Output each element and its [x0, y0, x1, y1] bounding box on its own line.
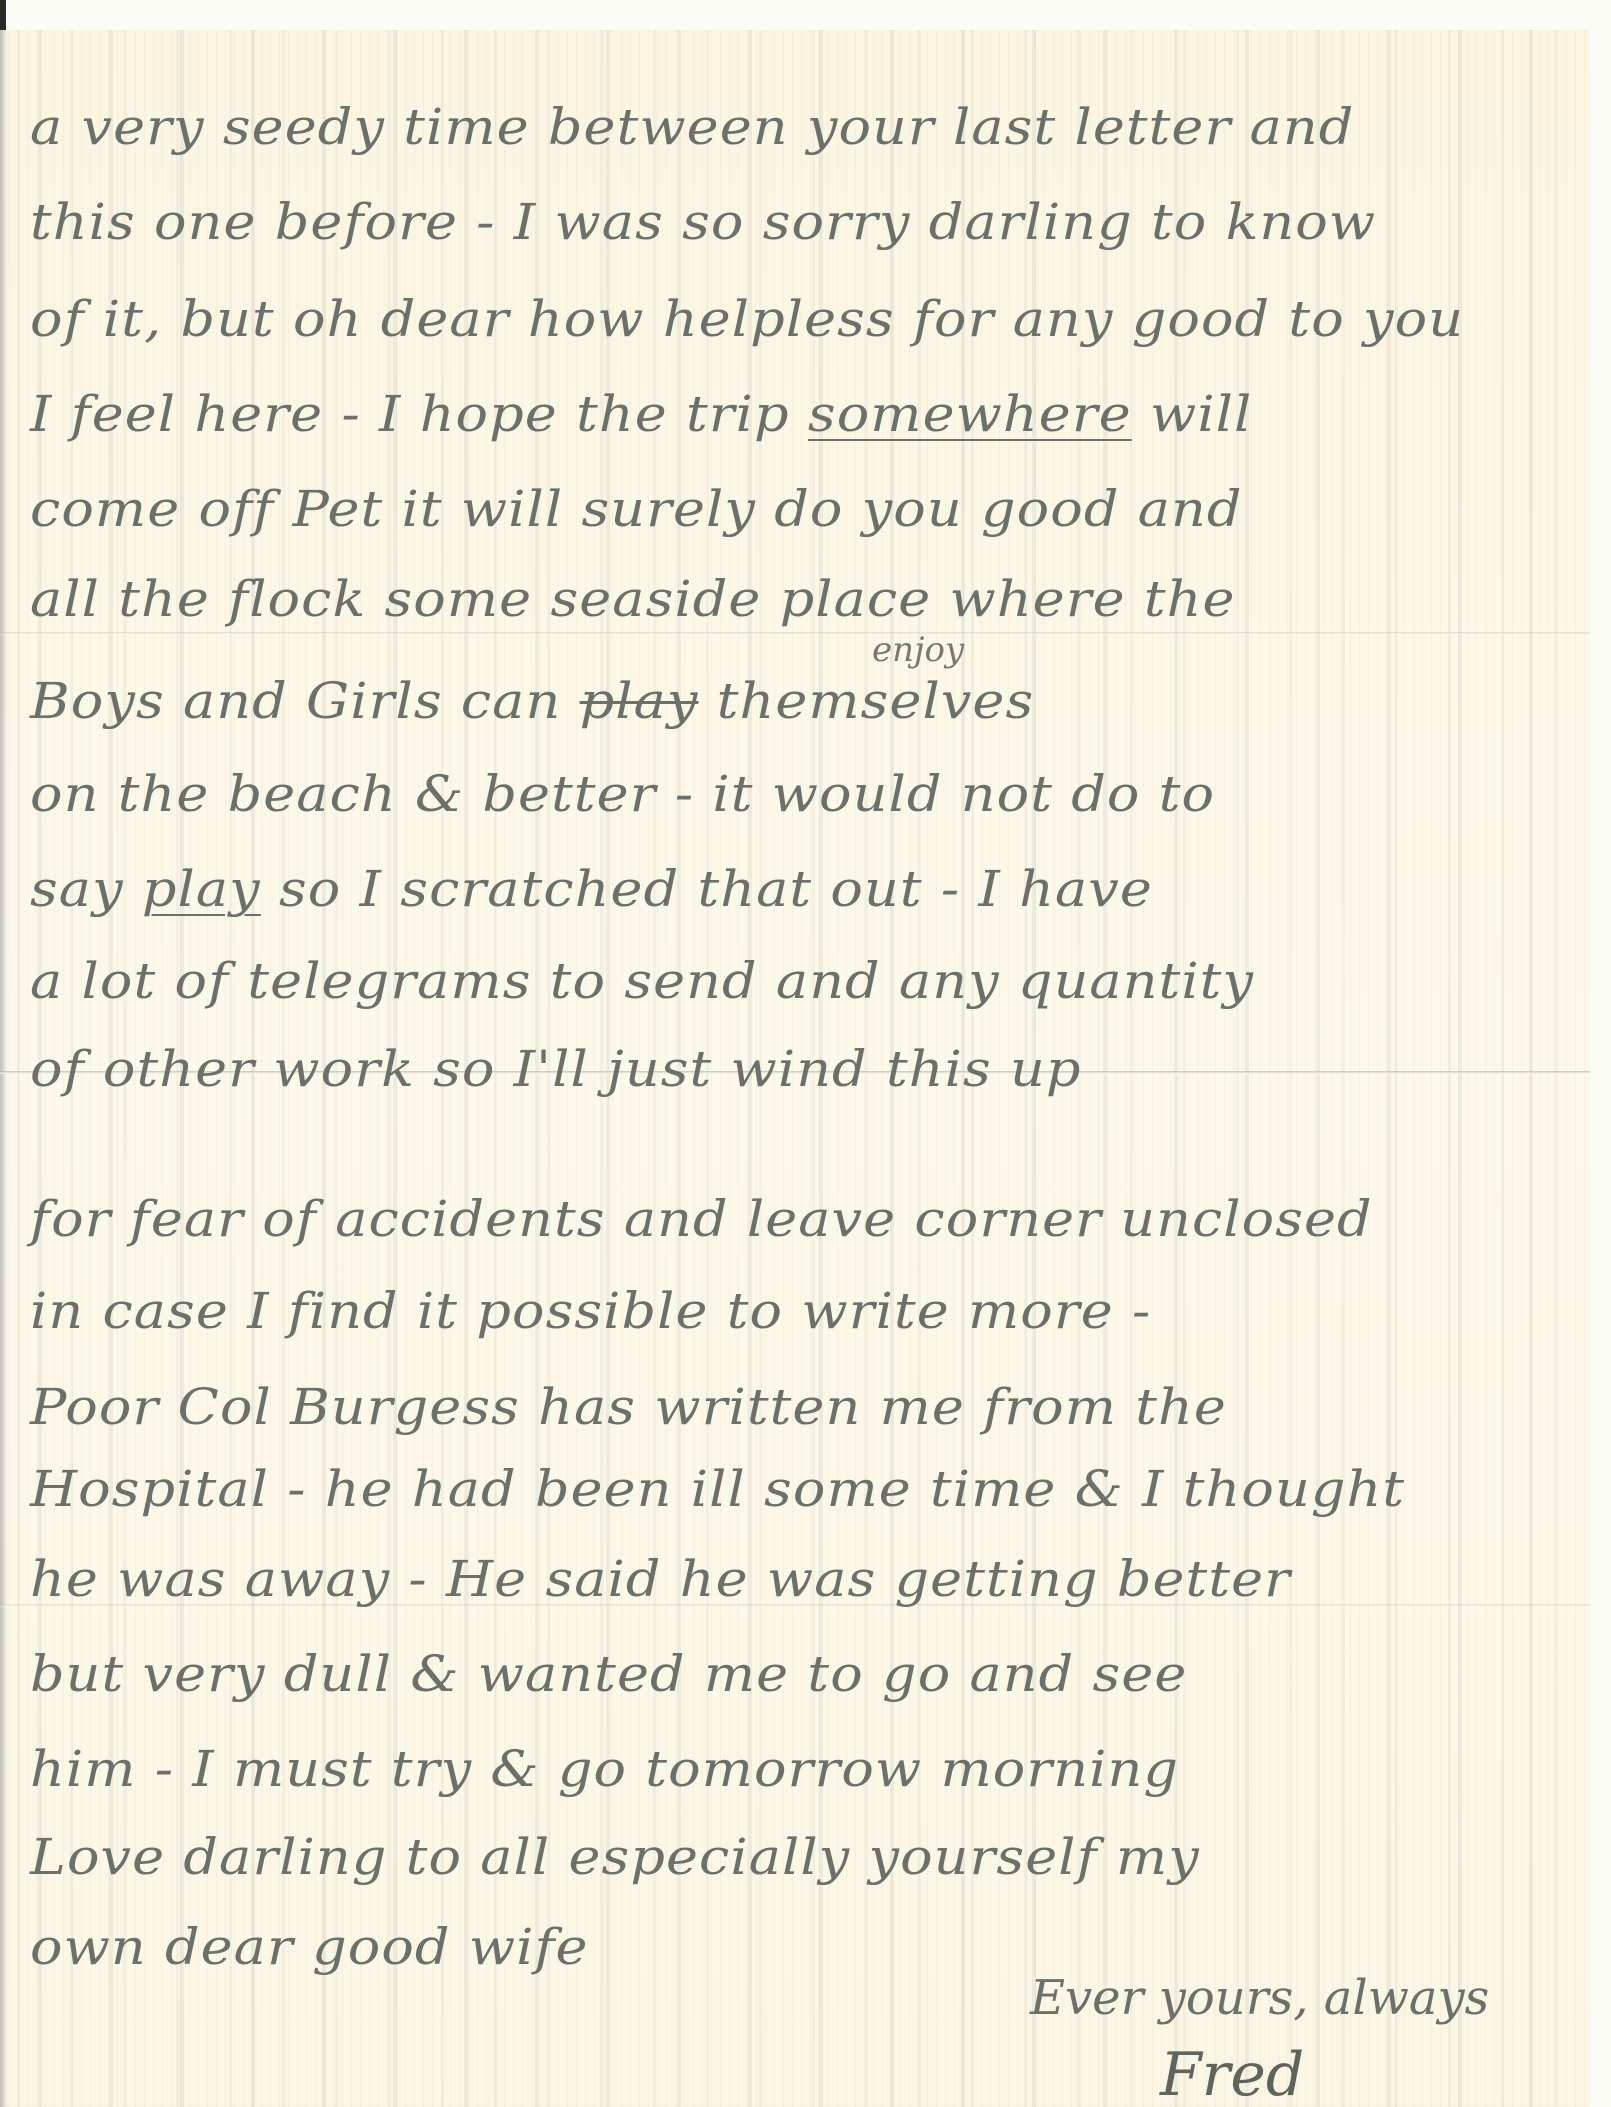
letter-line-16: he was away - He said he was getting bet…	[30, 1550, 1291, 1608]
line-4-end: will	[1132, 385, 1253, 443]
line-7-end: themselves	[717, 672, 1035, 730]
letter-line-2: this one before - I was so sorry darling…	[30, 193, 1376, 251]
letter-line-3: of it, but oh dear how helpless for any …	[30, 290, 1464, 348]
letter-line-17: but very dull & wanted me to go and see	[30, 1645, 1187, 1703]
letter-line-1: a very seedy time between your last lett…	[30, 98, 1354, 156]
letter-page: a very seedy time between your last lett…	[0, 30, 1590, 2107]
scan-edge-strip	[0, 0, 6, 30]
letter-line-5: come off Pet it will surely do you good …	[30, 480, 1243, 538]
letter-line-11: of other work so I'll just wind this up	[30, 1040, 1081, 1098]
letter-closing: Ever yours, always	[1030, 1970, 1489, 2026]
letter-line-4: I feel here - I hope the trip somewhere …	[30, 385, 1252, 443]
line-4-text: I feel here - I hope the trip	[30, 385, 808, 443]
line-9-end: so I scratched that out - I have	[261, 860, 1153, 918]
letter-line-19: Love darling to all especially yourself …	[30, 1828, 1200, 1886]
letter-line-18: him - I must try & go tomorrow morning	[30, 1740, 1179, 1798]
line-7-text: Boys and Girls can	[30, 672, 561, 730]
letter-line-12: for fear of accidents and leave corner u…	[30, 1190, 1373, 1248]
underlined-word-play: play	[142, 860, 261, 918]
underlined-word-somewhere: somewhere	[808, 385, 1132, 443]
letter-line-6: all the flock some seaside place where t…	[30, 570, 1236, 628]
letter-line-20: own dear good wife	[30, 1918, 589, 1976]
letter-line-13: in case I find it possible to write more…	[30, 1282, 1151, 1340]
letter-line-10: a lot of telegrams to send and any quant…	[30, 952, 1254, 1010]
letter-line-15: Hospital - he had been ill some time & I…	[30, 1460, 1405, 1518]
crossed-out-word: play	[580, 672, 699, 730]
letter-signature: Fred	[1160, 2040, 1304, 2107]
letter-line-7: Boys and Girls can play themselves	[30, 672, 1034, 730]
letter-line-9: say play so I scratched that out - I hav…	[30, 860, 1153, 918]
line-9-start: say	[30, 860, 142, 918]
inserted-word-enjoy: enjoy	[872, 630, 964, 670]
fold-crease-upper	[0, 632, 1590, 635]
letter-line-8: on the beach & better - it would not do …	[30, 765, 1215, 823]
letter-line-14: Poor Col Burgess has written me from the	[30, 1378, 1227, 1436]
